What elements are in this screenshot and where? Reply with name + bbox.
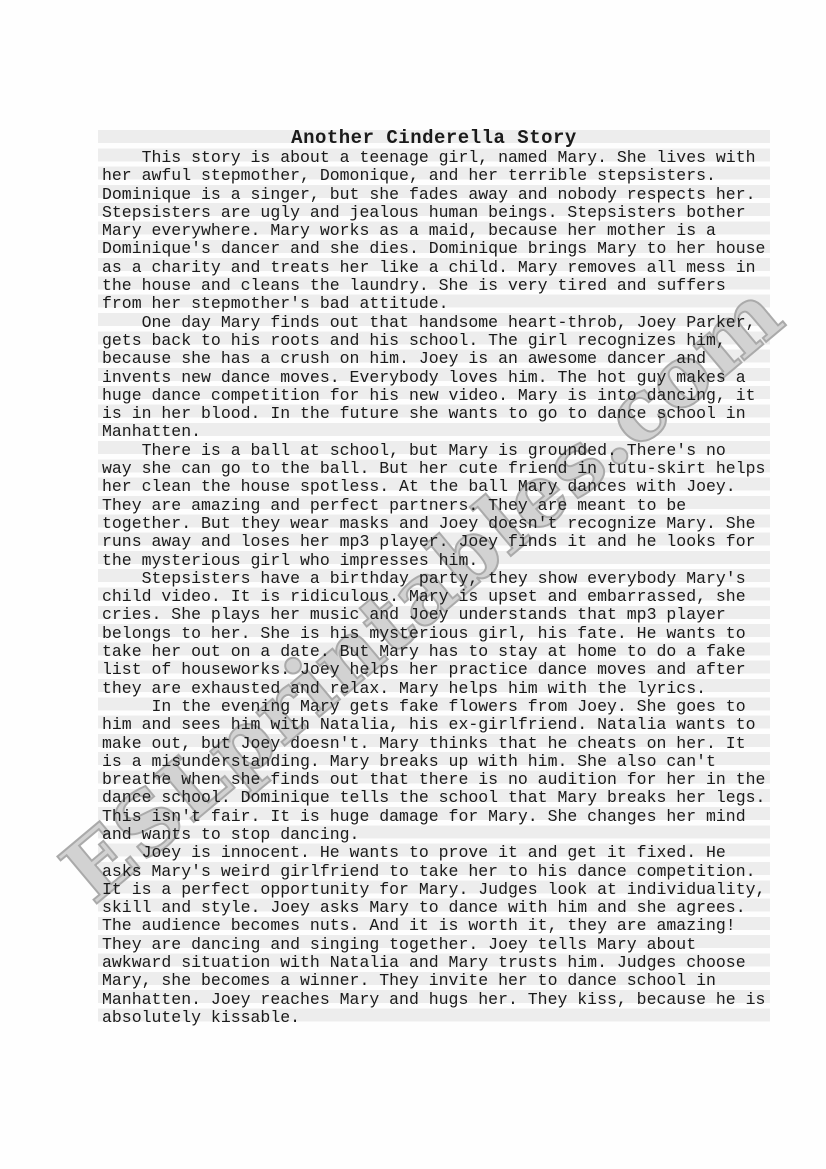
story-paragraph: Stepsisters have a birthday party, they …	[102, 570, 774, 698]
story-content: Another Cinderella Story This story is a…	[102, 127, 774, 1027]
story-paragraph: There is a ball at school, but Mary is g…	[102, 442, 774, 570]
story-paragraphs: This story is about a teenage girl, name…	[102, 149, 774, 1027]
story-paragraph: Joey is innocent. He wants to prove it a…	[102, 844, 774, 1027]
story-paragraph: This story is about a teenage girl, name…	[102, 149, 774, 314]
story-title: Another Cinderella Story	[102, 127, 766, 149]
story-paragraph: In the evening Mary gets fake flowers fr…	[102, 698, 774, 844]
worksheet-page: ESLprintables.com Another Cinderella Sto…	[0, 0, 826, 1169]
story-paragraph: One day Mary finds out that handsome hea…	[102, 314, 774, 442]
